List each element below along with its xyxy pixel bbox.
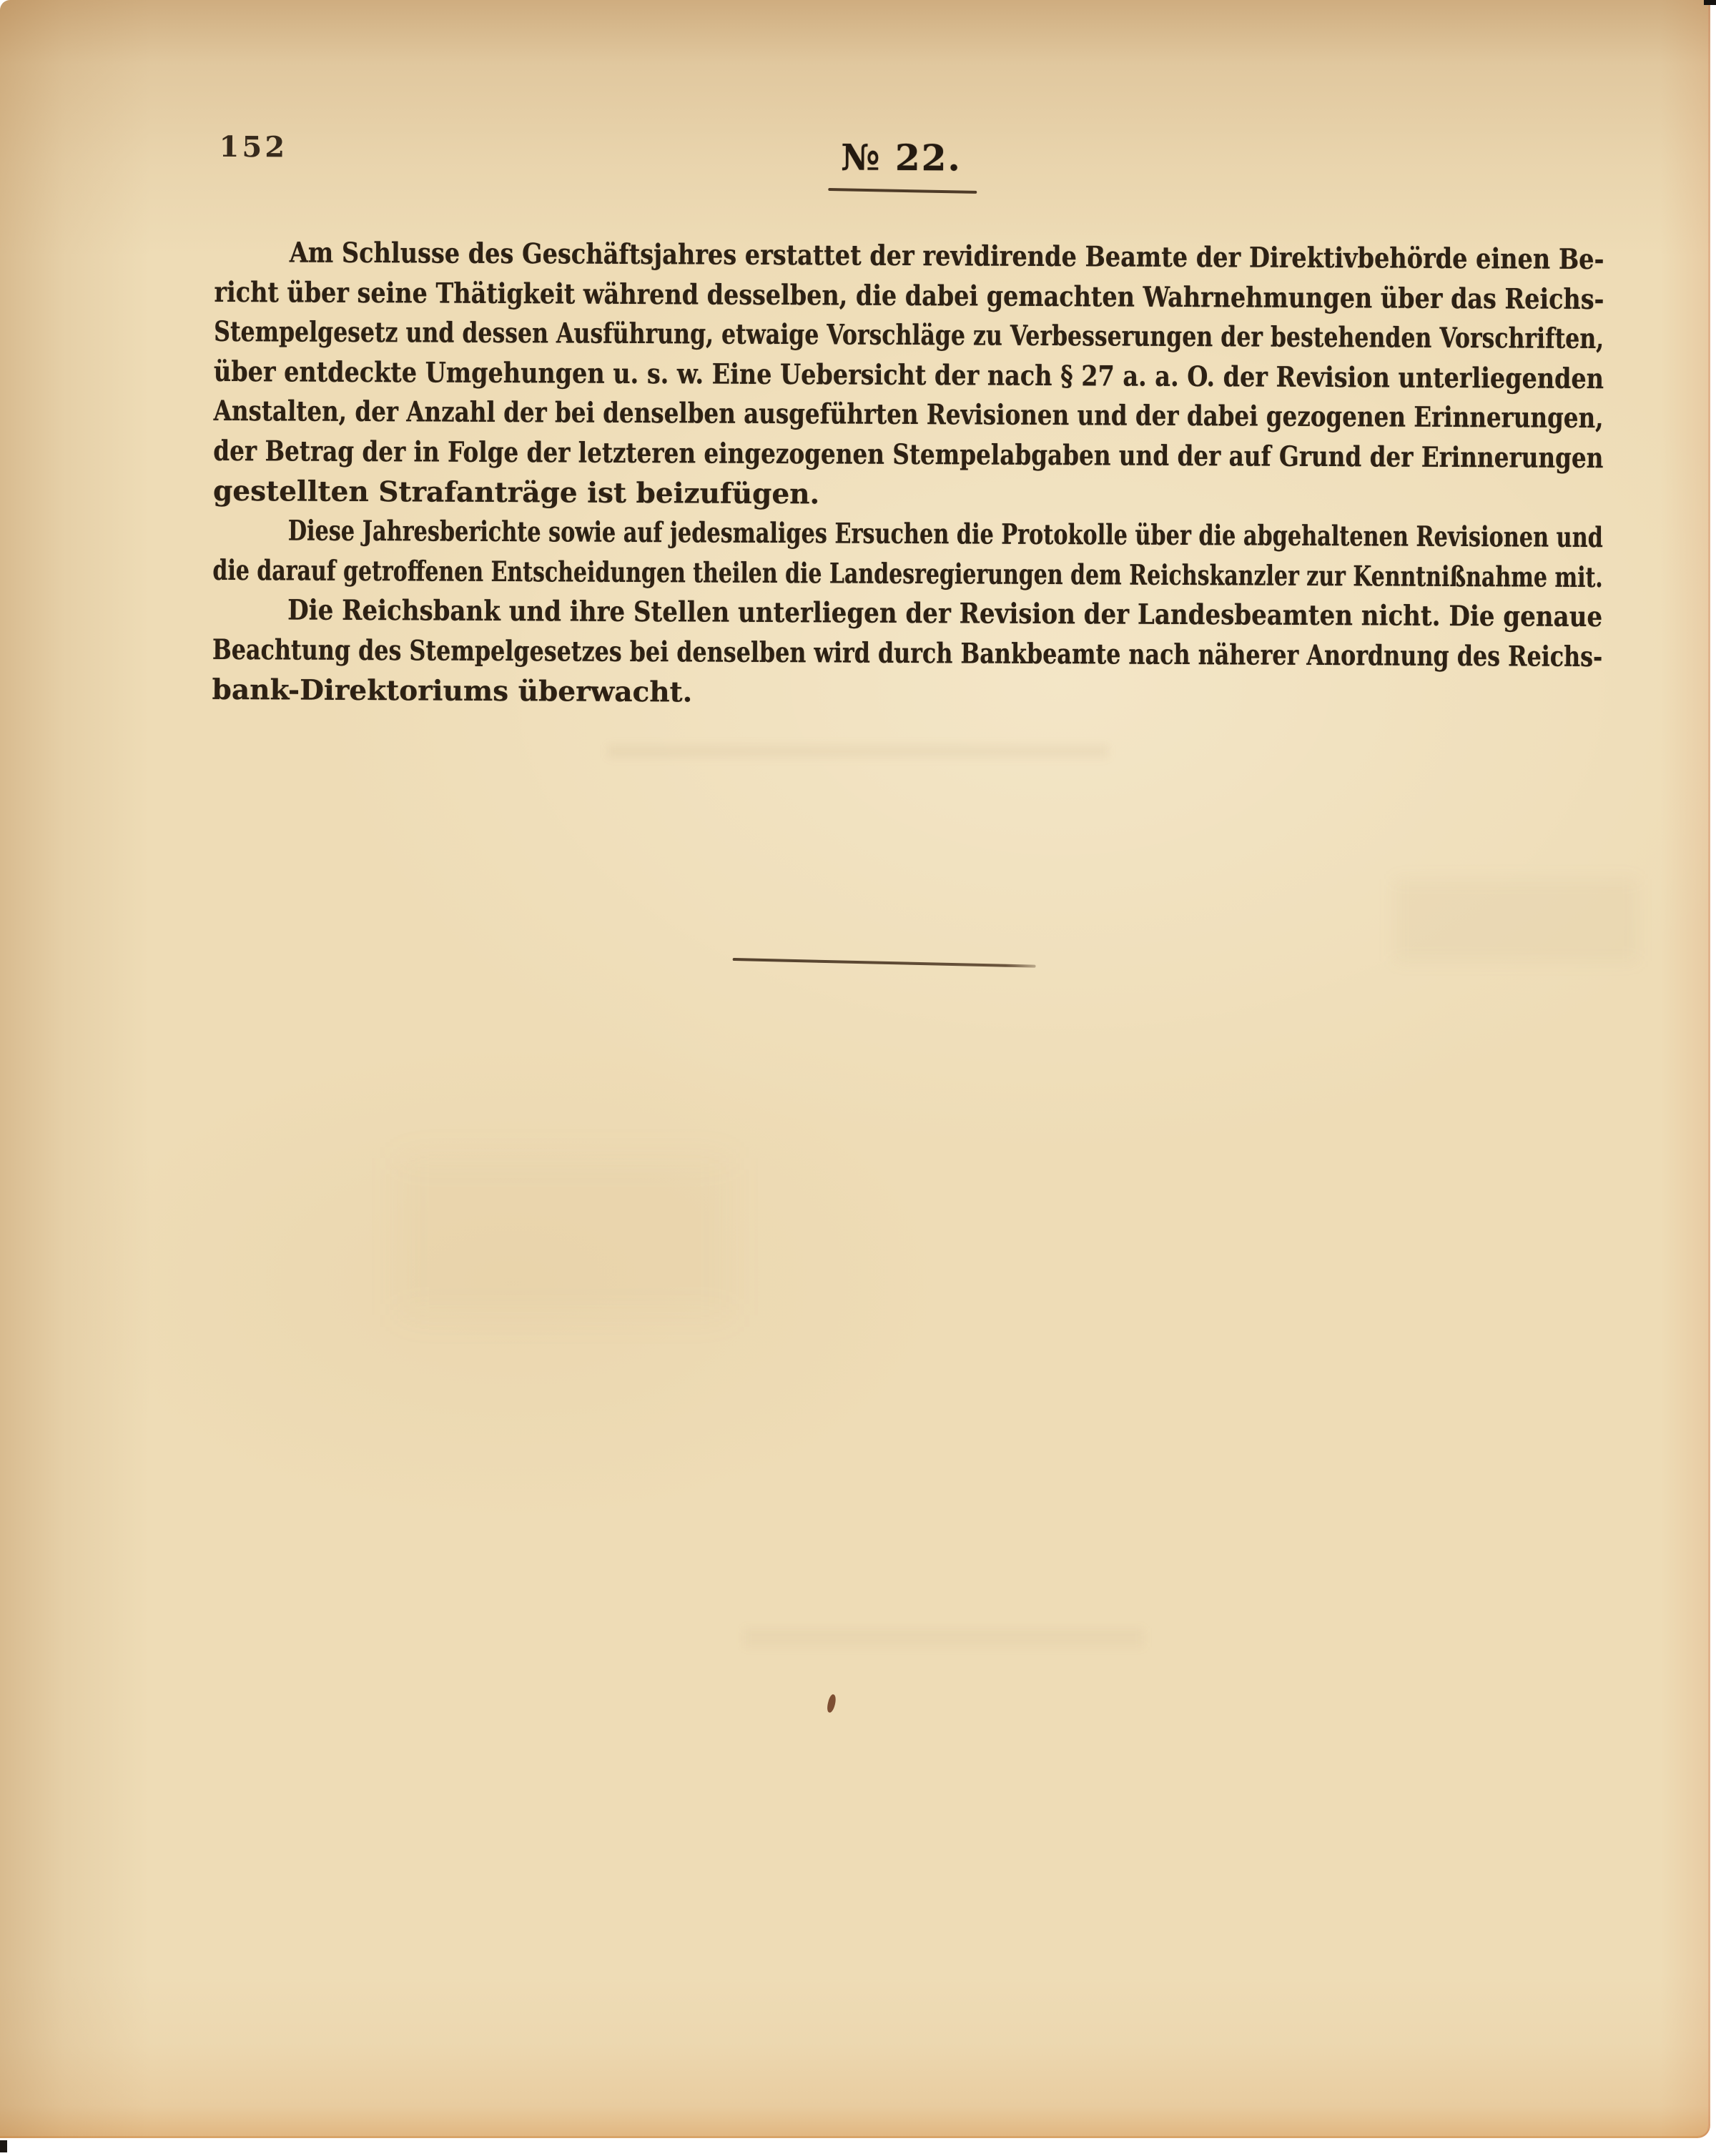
issue-number: № 22. bbox=[801, 136, 1001, 179]
scanned-page: 152 № 22. Am Schlusse des Geschäftsjahre… bbox=[0, 0, 1716, 2156]
text-line: gestellten Strafanträge ist beizufügen. bbox=[213, 471, 1603, 518]
issue-number-underline bbox=[828, 188, 977, 194]
text-line: Anstalten, der Anzahl der bei denselben … bbox=[214, 392, 1604, 439]
page-content: 152 № 22. Am Schlusse des Geschäftsjahre… bbox=[0, 0, 1712, 2146]
text-line: Diese Jahresberichte sowie auf jedesmali… bbox=[213, 511, 1603, 558]
section-divider-rule bbox=[733, 958, 1036, 967]
scan-corner-mark bbox=[0, 2140, 7, 2152]
body-text: Am Schlusse des Geschäftsjahres erstatte… bbox=[212, 233, 1604, 717]
paper-sheet: 152 № 22. Am Schlusse des Geschäftsjahre… bbox=[0, 0, 1710, 2138]
text-line: über entdeckte Umgehungen u. s. w. Eine … bbox=[214, 352, 1604, 400]
text-line: richt über seine Thätigkeit während dess… bbox=[214, 272, 1604, 320]
scan-corner-mark bbox=[1704, 0, 1716, 5]
text-line: der Betrag der in Folge der letzteren ei… bbox=[213, 432, 1603, 479]
page-number: 152 bbox=[219, 130, 287, 164]
text-line: die darauf getroffenen Entscheidungen th… bbox=[212, 551, 1602, 598]
paragraph: Am Schlusse des Geschäftsjahres erstatte… bbox=[213, 233, 1604, 518]
text-line: Am Schlusse des Geschäftsjahres erstatte… bbox=[214, 233, 1604, 280]
issue-number-label: № 22. bbox=[801, 136, 1001, 179]
paragraph: Diese Jahresberichte sowie auf jedesmali… bbox=[212, 511, 1603, 598]
text-line: Stempelgesetz und dessen Ausführung, etw… bbox=[214, 312, 1604, 360]
text-line: Die Reichsbank und ihre Stellen unterlie… bbox=[212, 590, 1602, 638]
text-line: bank-Direktoriums überwacht. bbox=[212, 670, 1602, 717]
text-line: Beachtung des Stempelgesetzes bei densel… bbox=[212, 631, 1602, 678]
paragraph: Die Reichsbank und ihre Stellen unterlie… bbox=[212, 590, 1602, 717]
